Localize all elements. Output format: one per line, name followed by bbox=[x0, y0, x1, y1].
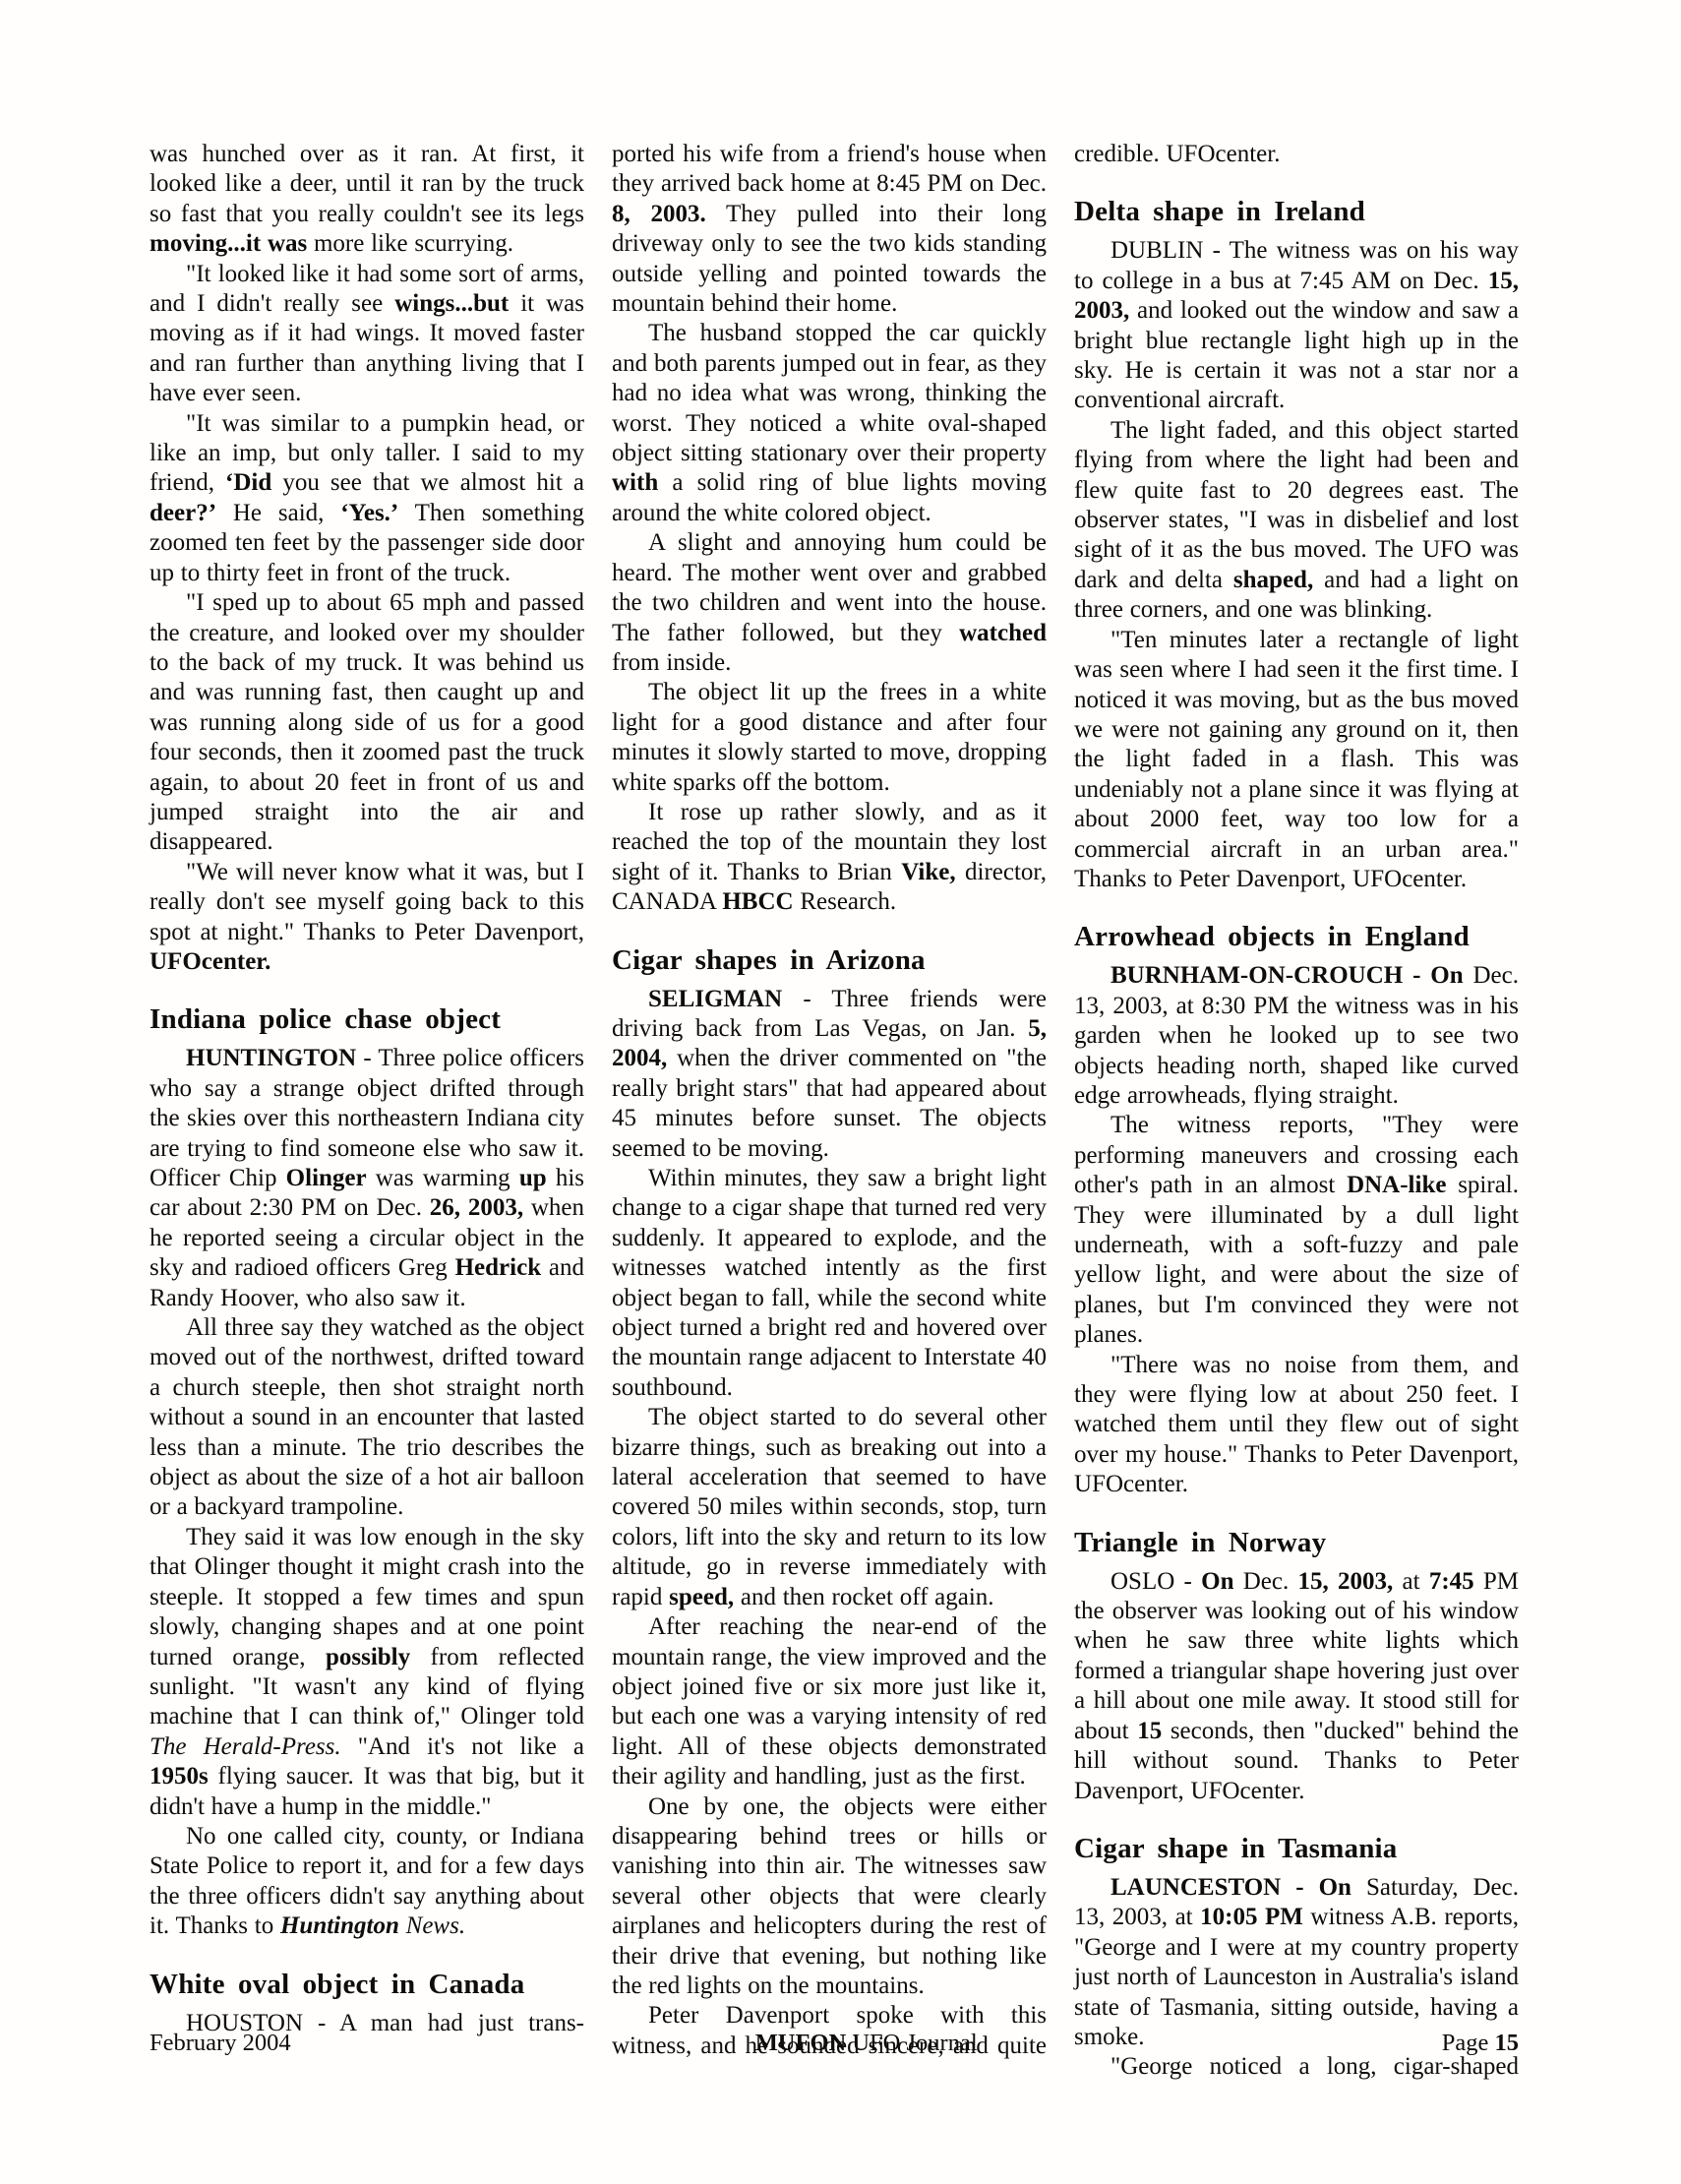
text-run: Within minutes, they saw a bright light … bbox=[612, 1165, 1047, 1401]
text-run: credible. UFOcenter. bbox=[1074, 141, 1280, 167]
emphasis-run: Vike, bbox=[901, 859, 955, 885]
paragraph: "Ten minutes later a rectangle of light … bbox=[1074, 626, 1519, 895]
emphasis-run: ‘Did bbox=[225, 469, 271, 496]
paragraph: "There was no noise from them, and they … bbox=[1074, 1351, 1519, 1500]
emphasis-run: deer?’ bbox=[150, 500, 216, 526]
emphasis-run: moving...it was bbox=[150, 230, 307, 257]
text-run: The husband stopped the car quickly and … bbox=[612, 320, 1047, 466]
text-column-2: ported his wife from a friend's house wh… bbox=[612, 140, 1047, 2061]
text-run: "There was no noise from them, and they … bbox=[1074, 1352, 1519, 1498]
paragraph: All three say they watched as the object… bbox=[150, 1313, 584, 1523]
emphasis-run: watched bbox=[959, 620, 1047, 646]
text-run: flying saucer. It was that big, but it d… bbox=[150, 1763, 584, 1819]
article-heading: White oval object in Canada bbox=[150, 1969, 584, 2000]
emphasis-run: BURNHAM-ON-CROUCH - On bbox=[1111, 962, 1464, 989]
paragraph: The object lit up the frees in a white l… bbox=[612, 678, 1047, 798]
text-run: a solid ring of blue lights moving aroun… bbox=[612, 469, 1047, 525]
paragraph: "It was similar to a pumpkin head, or li… bbox=[150, 409, 584, 588]
journal-page: was hunched over as it ran. At first, it… bbox=[0, 0, 1681, 2184]
emphasis-run: MUFON bbox=[755, 2030, 847, 2056]
text-run: UFO Journal bbox=[846, 2030, 977, 2056]
paragraph: credible. UFOcenter. bbox=[1074, 140, 1519, 169]
emphasis-run: DNA-like bbox=[1347, 1172, 1446, 1198]
text-run: from inside. bbox=[612, 649, 731, 676]
emphasis-run: 7:45 bbox=[1429, 1568, 1474, 1595]
emphasis-run: 10:05 PM bbox=[1200, 1904, 1303, 1930]
emphasis-run: speed, bbox=[669, 1584, 734, 1610]
text-run: DUBLIN - The witness was on his way to c… bbox=[1074, 237, 1519, 293]
paragraph: "It looked like it had some sort of arms… bbox=[150, 260, 584, 409]
paragraph: The witness reports, "They were performi… bbox=[1074, 1111, 1519, 1350]
emphasis-run: HBCC bbox=[722, 888, 793, 915]
text-run: was warming bbox=[367, 1165, 519, 1191]
paragraph: The light faded, and this object started… bbox=[1074, 416, 1519, 626]
text-run: Research. bbox=[794, 888, 897, 915]
text-run: After reaching the near-end of the mount… bbox=[612, 1613, 1047, 1790]
emphasis-run: with bbox=[612, 469, 658, 496]
emphasis-run: ‘Yes.’ bbox=[340, 500, 398, 526]
text-run: "Ten minutes later a rectangle of light … bbox=[1074, 627, 1519, 892]
emphasis-run: 15 bbox=[1137, 1718, 1162, 1744]
emphasis-run: 15 bbox=[1494, 2030, 1519, 2056]
emphasis-run: Huntington bbox=[280, 1912, 399, 1939]
emphasis-run: On bbox=[1201, 1568, 1233, 1595]
article-heading: Delta shape in Ireland bbox=[1074, 196, 1519, 227]
text-run: was hunched over as it ran. At first, it… bbox=[150, 141, 584, 227]
article-heading: Indiana police chase object bbox=[150, 1003, 584, 1035]
paragraph: A slight and annoying hum could be heard… bbox=[612, 528, 1047, 678]
emphasis-run: possibly bbox=[326, 1644, 410, 1670]
emphasis-run: up bbox=[519, 1165, 547, 1191]
emphasis-run: Hedrick bbox=[455, 1254, 542, 1281]
page-footer: February 2004 MUFON UFO Journal Page 15 bbox=[150, 2029, 1519, 2058]
text-column-1: was hunched over as it ran. At first, it… bbox=[150, 140, 584, 2038]
emphasis-run: 15, 2003, bbox=[1298, 1568, 1394, 1595]
paragraph: LAUNCESTON - On Saturday, Dec. 13, 2003,… bbox=[1074, 1873, 1519, 2052]
emphasis-run: LAUNCESTON - On bbox=[1111, 1874, 1351, 1901]
text-run: ported his wife from a friend's house wh… bbox=[612, 141, 1047, 197]
text-run: and looked out the window and saw a brig… bbox=[1074, 297, 1519, 413]
article-heading: Arrowhead objects in England bbox=[1074, 921, 1519, 952]
text-run: Dec. bbox=[1233, 1568, 1297, 1595]
paragraph: "We will never know what it was, but I r… bbox=[150, 858, 584, 978]
footer-page-number: Page 15 bbox=[1442, 2029, 1519, 2058]
text-run: "And it's not like a bbox=[341, 1733, 584, 1760]
article-heading: Cigar shape in Tasmania bbox=[1074, 1833, 1519, 1864]
paragraph: ported his wife from a friend's house wh… bbox=[612, 140, 1047, 319]
paragraph: "I sped up to about 65 mph and passed th… bbox=[150, 588, 584, 858]
text-run: He said, bbox=[216, 500, 340, 526]
paragraph: BURNHAM-ON-CROUCH - On Dec. 13, 2003, at… bbox=[1074, 961, 1519, 1111]
text-run: at bbox=[1393, 1568, 1429, 1595]
text-run: more like scurrying. bbox=[307, 230, 513, 257]
emphasis-run: wings...but bbox=[394, 290, 509, 317]
paragraph: Within minutes, they saw a bright light … bbox=[612, 1164, 1047, 1403]
paragraph: No one called city, county, or Indiana S… bbox=[150, 1822, 584, 1942]
emphasis-run: shaped, bbox=[1233, 567, 1313, 593]
text-run: Page bbox=[1442, 2030, 1495, 2056]
text-run: One by one, the objects were either disa… bbox=[612, 1793, 1047, 1999]
text-run: The object started to do several other b… bbox=[612, 1404, 1047, 1609]
emphasis-run: SELIGMAN bbox=[648, 986, 782, 1012]
paragraph: They said it was low enough in the sky t… bbox=[150, 1523, 584, 1822]
text-run: "We will never know what it was, but I r… bbox=[150, 859, 584, 945]
paragraph: The object started to do several other b… bbox=[612, 1403, 1047, 1612]
paragraph: SELIGMAN - Three friends were driving ba… bbox=[612, 985, 1047, 1164]
text-run: you see that we almost hit a bbox=[271, 469, 584, 496]
emphasis-run: News. bbox=[399, 1912, 465, 1939]
footer-journal-title: MUFON UFO Journal bbox=[755, 2029, 978, 2058]
paragraph: After reaching the near-end of the mount… bbox=[612, 1612, 1047, 1791]
emphasis-run: 26, 2003, bbox=[430, 1194, 523, 1221]
footer-issue-date: February 2004 bbox=[150, 2029, 291, 2058]
paragraph: HUNTINGTON - Three police officers who s… bbox=[150, 1044, 584, 1313]
article-heading: Cigar shapes in Arizona bbox=[612, 944, 1047, 976]
paragraph: One by one, the objects were either disa… bbox=[612, 1792, 1047, 2002]
paragraph: DUBLIN - The witness was on his way to c… bbox=[1074, 236, 1519, 415]
text-run: and then rocket off again. bbox=[734, 1584, 993, 1610]
emphasis-run: 1950s bbox=[150, 1763, 209, 1790]
text-column-3: credible. UFOcenter.Delta shape in Irela… bbox=[1074, 140, 1519, 2083]
paragraph: OSLO - On Dec. 15, 2003, at 7:45 PM the … bbox=[1074, 1567, 1519, 1806]
article-heading: Triangle in Norway bbox=[1074, 1527, 1519, 1558]
emphasis-run: Olinger bbox=[286, 1165, 367, 1191]
text-run: when the driver commented on "the really… bbox=[612, 1045, 1047, 1161]
emphasis-run: UFOcenter. bbox=[150, 948, 270, 975]
emphasis-run: 8, 2003. bbox=[612, 201, 706, 227]
emphasis-run: The Herald-Press. bbox=[150, 1733, 341, 1760]
paragraph: It rose up rather slowly, and as it reac… bbox=[612, 798, 1047, 918]
text-run: The object lit up the frees in a white l… bbox=[612, 679, 1047, 795]
text-run: All three say they watched as the object… bbox=[150, 1314, 584, 1520]
emphasis-run: HUNTINGTON bbox=[186, 1045, 356, 1071]
text-run: OSLO - bbox=[1111, 1568, 1201, 1595]
text-run: "I sped up to about 65 mph and passed th… bbox=[150, 589, 584, 855]
paragraph: was hunched over as it ran. At first, it… bbox=[150, 140, 584, 260]
paragraph: The husband stopped the car quickly and … bbox=[612, 319, 1047, 528]
